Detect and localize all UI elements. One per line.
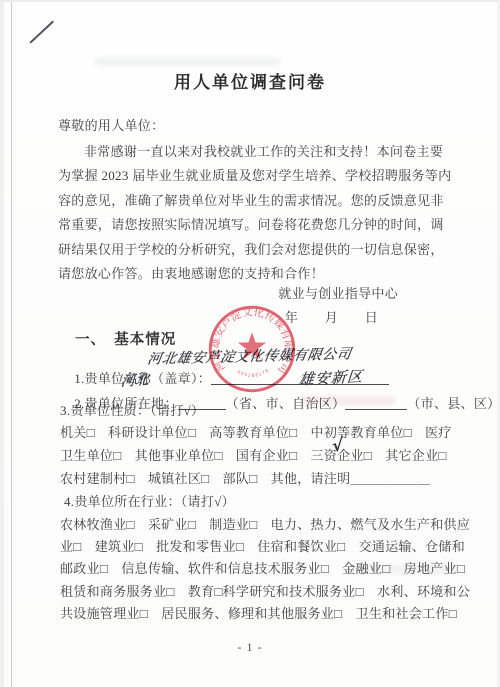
handwritten-checkmark: √: [332, 435, 344, 457]
q4-options-line: 业□ 建筑业□ 批发和零售业□ 住宿和餐饮业□ 交通运输、仓储和: [60, 538, 465, 555]
q4-label: 4.贵单位所在行业：（请打√）: [64, 493, 235, 510]
handwritten-province: 河北: [120, 369, 150, 391]
scan-edge-line: [11, 0, 12, 687]
scanned-questionnaire-page: 用人单位调查问卷 尊敬的用人单位： 非常感谢一直以来对我校就业工作的关注和支持！…: [0, 0, 500, 687]
q3-options-line: 机关□ 科研设计单位□ 高等教育单位□ 中初等教育单位□ 医疗: [60, 424, 452, 441]
company-seal: 河北雄安芦淀文化传媒有限公司 0932881786: [201, 298, 303, 400]
q4-options-line: 农林牧渔业□ 采矿业□ 制造业□ 电力、热力、燃气及水生产和供应: [60, 516, 470, 533]
q3-label: 3.贵单位性质：（请打√）: [60, 402, 204, 419]
scan-edge-top: [0, 0, 500, 2]
pen-mark: [29, 20, 54, 43]
greeting: 尊敬的用人单位：: [58, 117, 164, 134]
intro-line: 常重要，请您按照实际情况填写。问卷将花费您几分钟的时间，调: [58, 216, 444, 233]
q3-options-line: 农村建制村□ 城镇社区□ 部队□ 其他，请注明＿＿＿＿＿＿: [60, 470, 430, 487]
intro-line: 容的意见，准确了解贵单位对毕业生的需求情况。您的反馈意见非: [58, 192, 444, 209]
scan-smudge: [95, 57, 280, 66]
q2-blank-district: [345, 396, 407, 410]
page-number: - 1 -: [0, 640, 500, 655]
scan-edge-shadow: [0, 0, 4, 687]
intro-line: 为掌握 2023 届毕业生就业质量及您对学生培养、学校招聘服务等内: [58, 167, 451, 184]
q3-options-line: 卫生单位□ 其他事业单位□ 国有企业□ 三资企业□ 其它企业□: [60, 447, 447, 464]
intro-line: 非常感谢一直以来对我校就业工作的关注和支持！本问卷主要: [84, 143, 443, 160]
q4-options-line: 共设施管理业□ 居民服务、修理和其他服务业□ 卫生和社会工作□: [60, 605, 457, 622]
section-heading: 一、 基本情况: [75, 328, 176, 349]
document-title: 用人单位调查问卷: [0, 68, 500, 93]
q4-options-line: 邮政业□ 信息传输、软件和信息技术服务业□ 金融业□ 房地产业□: [60, 560, 465, 577]
intro-line: 研结果仅用于学校的分析研究，我们会对您提供的一切信息保密，: [58, 241, 444, 258]
seal-star-icon: [238, 332, 266, 359]
q2-label-suffix: （市、县、区）: [407, 396, 500, 411]
intro-line: 请您放心作答。由衷地感谢您的支持和合作！: [58, 265, 324, 282]
q4-options-line: 租赁和商务服务业□ 教育□科学研究和技术服务业□ 水利、环境和公: [60, 583, 470, 600]
handwritten-district: 雄安新区: [298, 365, 364, 389]
